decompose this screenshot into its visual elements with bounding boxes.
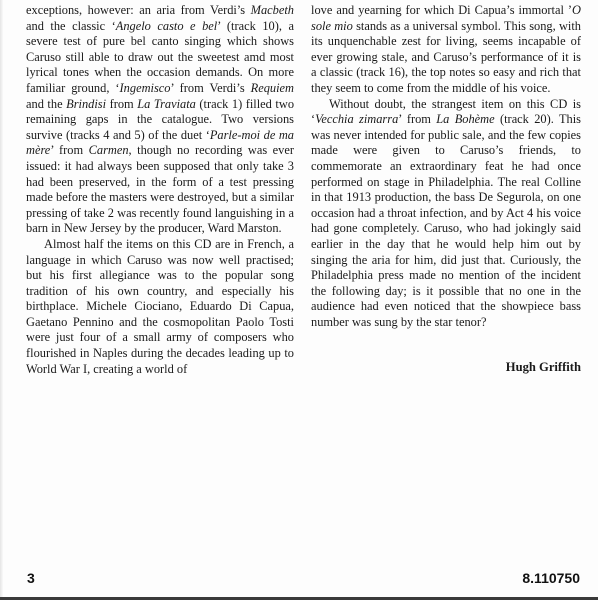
italic-title: Ingemisco bbox=[120, 81, 171, 95]
italic-title: Carmen bbox=[89, 143, 129, 157]
text-run: and the classic ‘ bbox=[26, 19, 116, 33]
left-column: exceptions, however: an aria from Verdi’… bbox=[26, 3, 294, 377]
text-run: exceptions, however: an aria from Verdi’… bbox=[26, 3, 251, 17]
italic-title: Macbeth bbox=[251, 3, 294, 17]
page-edge-shadow bbox=[0, 0, 3, 600]
italic-title: Angelo casto e bel bbox=[116, 19, 217, 33]
page-number: 3 bbox=[27, 570, 35, 586]
text-run: ’ from Verdi’s bbox=[170, 81, 250, 95]
body-paragraph: love and yearning for which Di Capua’s i… bbox=[311, 3, 581, 97]
italic-title: La Traviata bbox=[137, 97, 196, 111]
italic-title: La Bohème bbox=[436, 112, 494, 126]
italic-title: Brindisi bbox=[66, 97, 106, 111]
text-run: and the bbox=[26, 97, 66, 111]
text-run: from bbox=[106, 97, 137, 111]
text-run: love and yearning for which Di Capua’s i… bbox=[311, 3, 572, 17]
text-run: Almost half the items on this CD are in … bbox=[26, 237, 294, 376]
body-paragraph: exceptions, however: an aria from Verdi’… bbox=[26, 3, 294, 237]
text-run: ’ from bbox=[50, 143, 88, 157]
text-run: ’ from bbox=[398, 112, 436, 126]
author-signature: Hugh Griffith bbox=[311, 360, 581, 376]
italic-title: Requiem bbox=[251, 81, 294, 95]
right-column: love and yearning for which Di Capua’s i… bbox=[311, 3, 581, 376]
catalogue-number: 8.110750 bbox=[522, 570, 580, 586]
body-paragraph: Almost half the items on this CD are in … bbox=[26, 237, 294, 377]
body-paragraph: Without doubt, the strangest item on thi… bbox=[311, 97, 581, 331]
italic-title: Vecchia zimarra bbox=[315, 112, 398, 126]
text-run: (track 20). This was never intended for … bbox=[311, 112, 581, 329]
